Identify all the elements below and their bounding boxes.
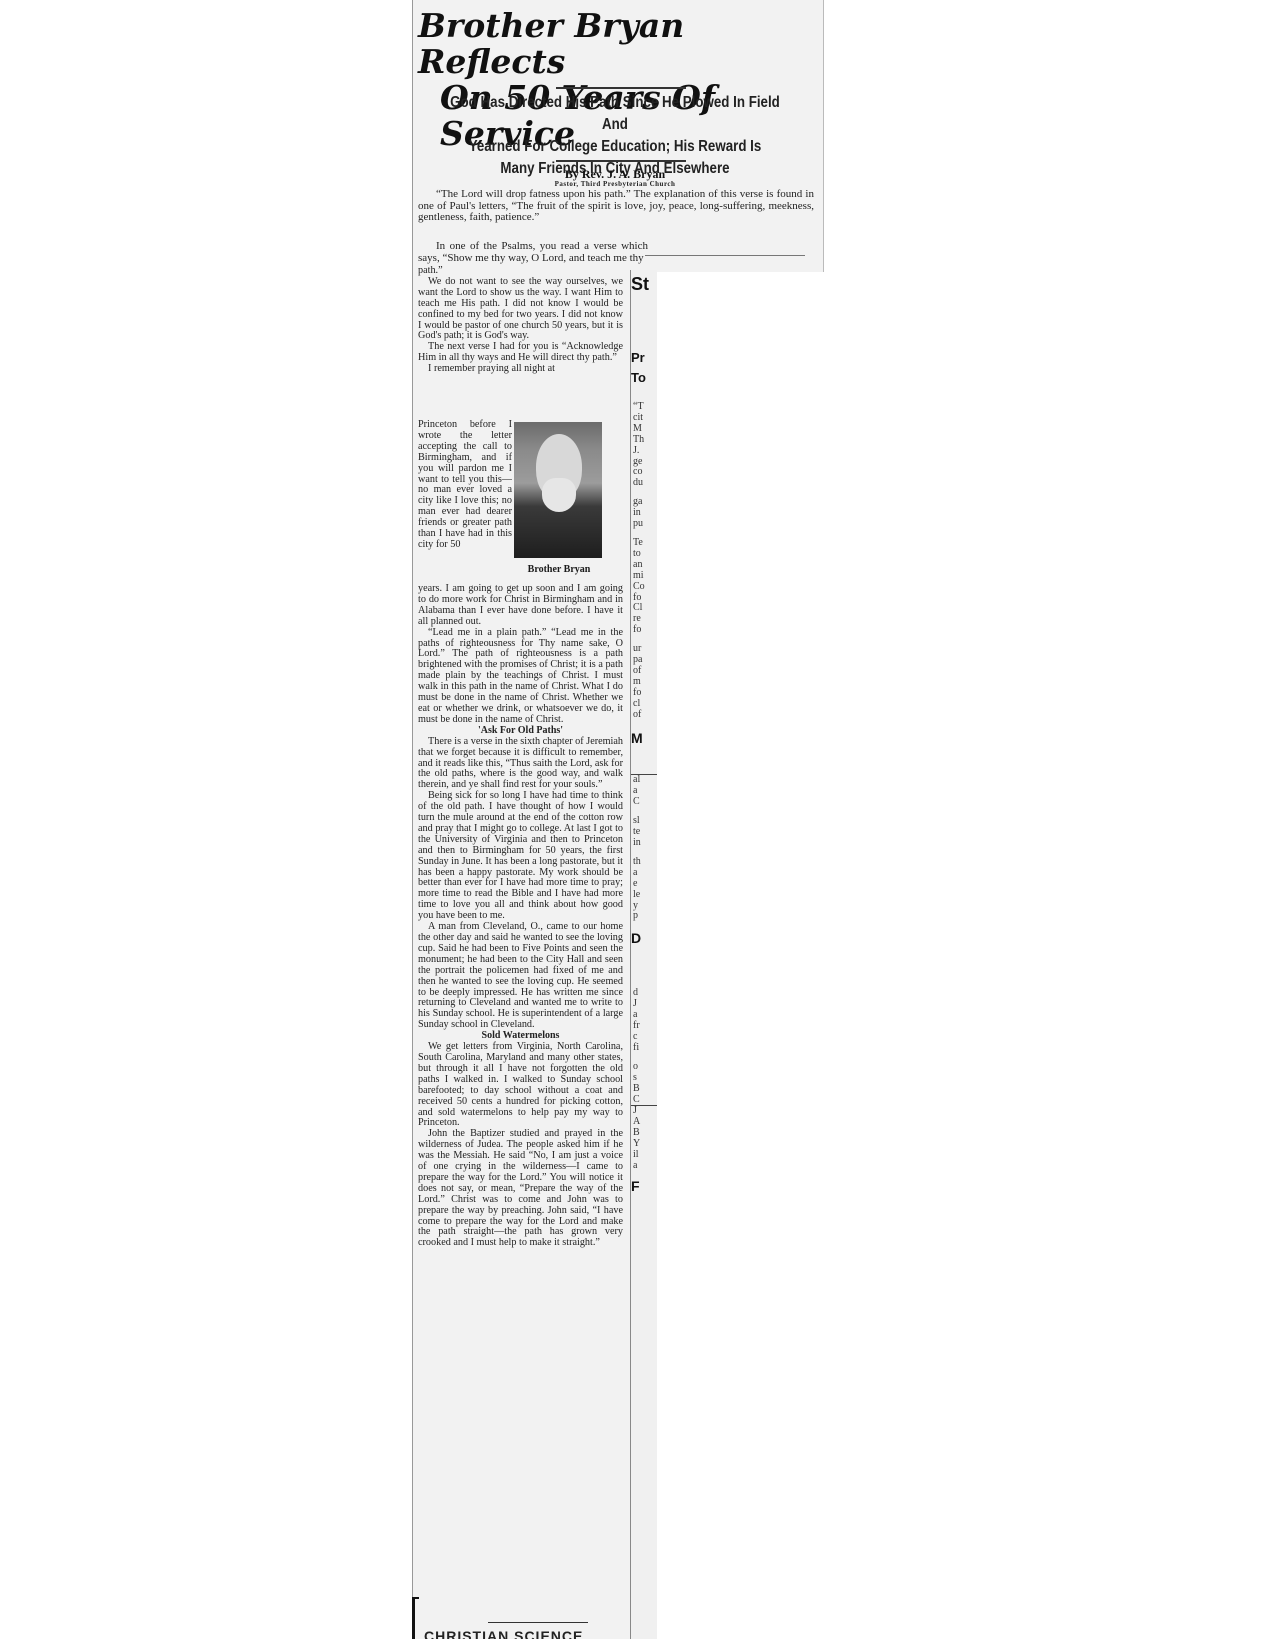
adjacent-text-fragment: of: [631, 710, 657, 721]
adjacent-headline-letter: M: [631, 728, 657, 748]
section-rule: [645, 255, 805, 256]
adjacent-headline-letter: Pr: [631, 348, 657, 368]
intro-paragraph: “The Lord will drop fatness upon his pat…: [418, 189, 814, 224]
portrait-image: [514, 422, 602, 558]
next-article-headline: CHRISTIAN SCIENCE: [424, 1628, 583, 1639]
adjacent-text-fragment: in: [631, 838, 657, 849]
adjacent-text-fragment: pu: [631, 519, 657, 530]
article-end-rule: [488, 1622, 588, 1623]
adjacent-text-fragment: du: [631, 478, 657, 489]
deck-line: God Has Directed His Path Since He Plowe…: [442, 92, 788, 136]
adjacent-text-fragment: le: [631, 890, 657, 901]
adjacent-headline-letter: St: [631, 274, 657, 294]
article-body-part-2: years. I am going to get up soon and I a…: [418, 584, 623, 1249]
body-paragraph: I remember praying all night at: [418, 364, 623, 375]
adjacent-text-fragment: Co: [631, 582, 657, 593]
adjacent-headline-letter: To: [631, 368, 657, 388]
body-paragraph: A man from Cleveland, O., came to our ho…: [418, 922, 623, 1031]
body-paragraph: The next verse I had for you is “Acknowl…: [418, 342, 623, 364]
adjacent-headline-letter: F: [631, 1176, 657, 1196]
adjacent-text-fragment: J.: [631, 446, 657, 457]
adjacent-text-fragment: Th: [631, 435, 657, 446]
body-paragraph: John the Baptizer studied and prayed in …: [418, 1129, 623, 1249]
article-body-part-1: path.” We do not want to see the way our…: [418, 266, 623, 375]
portrait-photo: Brother Bryan: [514, 422, 604, 580]
deck-divider: [556, 160, 686, 162]
photo-caption: Brother Bryan: [514, 564, 604, 575]
column-bracket: [412, 1597, 419, 1639]
body-paragraph: years. I am going to get up soon and I a…: [418, 584, 623, 628]
body-paragraph: We get letters from Virginia, North Caro…: [418, 1042, 623, 1129]
adjacent-text-fragment: p: [631, 911, 657, 922]
intro-paragraph-text: In one of the Psalms, you read a verse w…: [418, 241, 648, 264]
portrait-beard: [542, 478, 576, 512]
byline-title: Pastor, Third Presbyterian Church: [414, 180, 816, 188]
adjacent-text-fragment: cl: [631, 699, 657, 710]
intro-paragraph: In one of the Psalms, you read a verse w…: [418, 241, 648, 265]
adjacent-text-fragment: C: [631, 797, 657, 808]
headline-divider: [556, 87, 686, 89]
adjacent-text-fragment: fi: [631, 1043, 657, 1054]
body-paragraph: There is a verse in the sixth chapter of…: [418, 737, 623, 792]
body-paragraph: We do not want to see the way ourselves,…: [418, 277, 623, 342]
adjacent-text-fragment: a: [631, 1161, 657, 1172]
adjacent-column-fragment: St Pr To “T cit M Th J. ge co du ga in p…: [630, 270, 657, 1639]
adjacent-text-fragment: s: [631, 1073, 657, 1084]
body-paragraph: Princeton before I wrote the letter acce…: [418, 420, 512, 551]
body-paragraph: “Lead me in a plain path.” “Lead me in t…: [418, 628, 623, 726]
body-paragraph: Being sick for so long I have had time t…: [418, 791, 623, 922]
adjacent-text-fragment: e: [631, 879, 657, 890]
adjacent-text-fragment: B: [631, 1084, 657, 1095]
adjacent-text-fragment: fo: [631, 625, 657, 636]
adjacent-headline-letter: D: [631, 928, 657, 948]
adjacent-text-fragment: mi: [631, 571, 657, 582]
headline-line-1: Brother Bryan Reflects: [418, 8, 818, 80]
deck-line: Yearned For College Education; His Rewar…: [442, 136, 788, 158]
article-body-wrap: Princeton before I wrote the letter acce…: [418, 420, 512, 551]
